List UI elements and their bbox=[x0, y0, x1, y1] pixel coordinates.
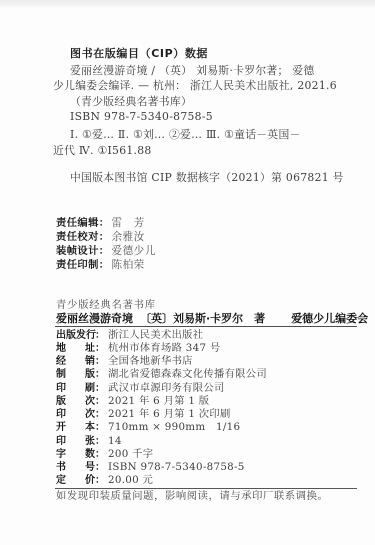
series-name: 青少版经典名著书库 bbox=[56, 299, 156, 312]
colophon-value: 710mm × 990mm 1/16 bbox=[108, 421, 240, 433]
colophon-row-word-count: 字数：200 千字 bbox=[56, 448, 357, 461]
cip-heading: 图书在版编目（CIP）数据 bbox=[70, 46, 357, 62]
colophon-row-distribution: 经销：全国各地新华书店 bbox=[56, 355, 357, 368]
colophon-colon: ： bbox=[95, 396, 105, 407]
divider-rule-top bbox=[55, 326, 357, 327]
colophon-label: 字数 bbox=[56, 448, 95, 461]
colophon-colon: ： bbox=[95, 343, 105, 354]
colophon-label: 书号 bbox=[56, 461, 95, 474]
colophon-colon: ： bbox=[95, 449, 105, 460]
colophon-value: 20.00 元 bbox=[108, 474, 153, 486]
colophon-label: 印刷 bbox=[56, 382, 95, 395]
staff-value: 雷 芳 bbox=[111, 217, 144, 229]
staff-label: 责任印制： bbox=[56, 259, 109, 271]
colophon-colon: ： bbox=[95, 436, 105, 447]
colophon-colon: ： bbox=[95, 383, 105, 394]
colophon-row-edition: 版次：2021 年 6 月第 1 版 bbox=[56, 395, 357, 408]
colophon-colon: ： bbox=[95, 409, 105, 420]
staff-row-designer: 装帧设计：爱德少儿 bbox=[56, 244, 156, 258]
colophon-row-plate-making: 制版：湖北省爱德森森文化传播有限公司 bbox=[56, 368, 357, 381]
colophon-colon: ： bbox=[95, 369, 105, 380]
colophon-row-format: 开本：710mm × 990mm 1/16 bbox=[56, 421, 357, 434]
colophon-row-impression: 印次：2021 年 6 月第 1 次印刷 bbox=[56, 408, 357, 421]
cip-classification: Ⅰ. ①爱… Ⅱ. ①刘… ②爱… Ⅲ. ①童话－英国－ 近代 Ⅳ. ①I561… bbox=[0, 127, 357, 158]
colophon-value: 杭州市体育场路 347 号 bbox=[108, 342, 220, 354]
book-title-line: 爱丽丝漫游奇境〔英〕刘易斯·卡罗尔 著爱德少儿编委会 编译 bbox=[56, 312, 357, 326]
book-title: 爱丽丝漫游奇境 bbox=[56, 312, 133, 325]
colophon-value: 浙江人民美术出版社 bbox=[108, 329, 203, 341]
colophon-label: 出版发行 bbox=[56, 329, 95, 342]
colophon-label: 制版 bbox=[56, 368, 95, 381]
colophon-label: 定价 bbox=[56, 474, 95, 487]
colophon-label: 地址 bbox=[56, 342, 95, 355]
colophon-label: 印次 bbox=[56, 408, 95, 421]
cip-isbn: ISBN 978-7-5340-8758-5 bbox=[70, 109, 357, 125]
colophon-colon: ： bbox=[95, 475, 105, 486]
colophon-label: 印张 bbox=[56, 435, 95, 448]
staff-row-proofreader: 责任校对：余雅汝 bbox=[56, 230, 156, 244]
book-translator: 爱德少儿编委会 编译 bbox=[291, 312, 375, 325]
staff-label: 责任编辑： bbox=[56, 217, 109, 229]
colophon-colon: ： bbox=[95, 356, 105, 367]
colophon-value: 武汉市卓源印务有限公司 bbox=[108, 382, 225, 394]
colophon-value: 200 千字 bbox=[108, 448, 153, 460]
staff-value: 爱德少儿 bbox=[111, 245, 155, 257]
colophon-block: 出版发行：浙江人民美术出版社 地址：杭州市体育场路 347 号 经销：全国各地新… bbox=[56, 329, 357, 488]
colophon-colon: ： bbox=[95, 422, 105, 433]
cip-block: 图书在版编目（CIP）数据 爱丽丝漫游奇境 / （英） 刘易斯·卡罗尔著； 爱德… bbox=[0, 46, 357, 125]
colophon-value: 湖北省爱德森森文化传播有限公司 bbox=[108, 368, 267, 380]
book-author: 〔英〕刘易斯·卡罗尔 著 bbox=[140, 312, 265, 325]
cip-series-note: （青少版经典名著书库） bbox=[70, 94, 357, 110]
cip-description-line-1: 爱丽丝漫游奇境 / （英） 刘易斯·卡罗尔著； 爱德 bbox=[70, 63, 357, 79]
divider-rule-bottom bbox=[55, 488, 357, 489]
cip-record-number: 中国版本图书馆 CIP 数据核字（2021）第 067821 号 bbox=[70, 170, 344, 186]
colophon-row-sheets: 印张：14 bbox=[56, 435, 357, 448]
quality-note: 如发现印装质量问题，影响阅读，请与承印厂联系调换。 bbox=[56, 490, 328, 503]
colophon-colon: ： bbox=[95, 330, 105, 341]
staff-value: 余雅汝 bbox=[111, 231, 144, 243]
cip-classification-line-2: 近代 Ⅳ. ①I561.88 bbox=[53, 143, 357, 159]
colophon-colon: ： bbox=[95, 462, 105, 473]
colophon-row-price: 定价：20.00 元 bbox=[56, 474, 357, 487]
colophon-label: 版次 bbox=[56, 395, 95, 408]
cip-classification-line-1: Ⅰ. ①爱… Ⅱ. ①刘… ②爱… Ⅲ. ①童话－英国－ bbox=[70, 127, 357, 143]
colophon-value: 14 bbox=[108, 435, 122, 447]
colophon-row-publisher: 出版发行：浙江人民美术出版社 bbox=[56, 329, 357, 342]
colophon-value: 2021 年 6 月第 1 次印刷 bbox=[108, 408, 231, 420]
staff-row-print-supervisor: 责任印制：陈柏荣 bbox=[56, 258, 156, 272]
staff-label: 责任校对： bbox=[56, 231, 109, 243]
staff-credits: 责任编辑：雷 芳 责任校对：余雅汝 装帧设计：爱德少儿 责任印制：陈柏荣 bbox=[56, 216, 156, 272]
colophon-value: 全国各地新华书店 bbox=[108, 355, 193, 367]
staff-value: 陈柏荣 bbox=[111, 259, 144, 271]
staff-row-editor: 责任编辑：雷 芳 bbox=[56, 216, 156, 230]
colophon-value: 2021 年 6 月第 1 版 bbox=[108, 395, 209, 407]
copyright-page: 图书在版编目（CIP）数据 爱丽丝漫游奇境 / （英） 刘易斯·卡罗尔著； 爱德… bbox=[0, 0, 375, 545]
colophon-row-address: 地址：杭州市体育场路 347 号 bbox=[56, 342, 357, 355]
colophon-value: ISBN 978-7-5340-8758-5 bbox=[108, 461, 245, 473]
colophon-label: 开本 bbox=[56, 421, 95, 434]
colophon-row-printing-house: 印刷：武汉市卓源印务有限公司 bbox=[56, 382, 357, 395]
cip-description-line-2: 少儿编委会编译. — 杭州： 浙江人民美术出版社, 2021.6 bbox=[53, 78, 357, 94]
colophon-row-isbn: 书号：ISBN 978-7-5340-8758-5 bbox=[56, 461, 357, 474]
colophon-label: 经销 bbox=[56, 355, 95, 368]
staff-label: 装帧设计： bbox=[56, 245, 109, 257]
